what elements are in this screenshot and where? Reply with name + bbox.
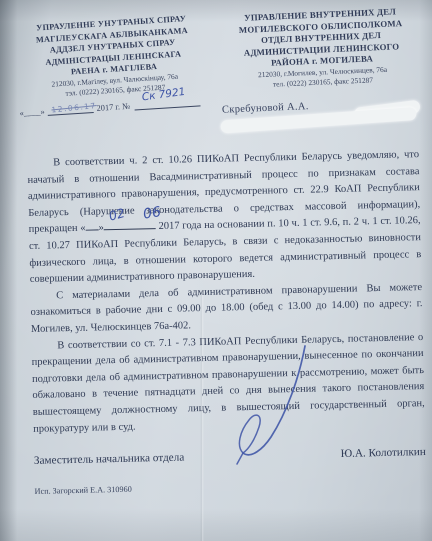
letterhead-left: УПРАУЛЕННЕ УНУТРАНЫХ СПРАУ МАГІЛЕУСКАГА … [12,12,215,118]
month-blank: 06 [104,221,156,230]
letterhead-right: УПРАВЛЕНИЕ ВНУТРЕННИХ ДЕЛ МОГИЛЕВСКОГО О… [214,5,430,115]
date-quote-blank: «____» [19,107,45,118]
signer-name: Ю.А. Колотилкин [340,444,426,463]
number-blank: Ск 7921 [134,97,200,110]
document-photo: УПРАУЛЕННЕ УНУТРАНЫХ СПРАУ МАГІЛЕУСКАГА … [0,0,432,541]
executor-line: Исп. Загорский Е.А. 310960 [34,475,426,500]
signer-position: Заместитель начальника отдела [34,450,185,470]
date-year-label: 2017 г. № [96,101,130,112]
date-blank: 12.06.17 [47,104,93,116]
signature-block: Заместитель начальника отдела Ю.А. Колот… [34,444,426,469]
paragraph-review-info: С материалами дела об административном п… [30,280,423,339]
handwritten-date-stamp: 12.06.17 [51,101,97,114]
letter-body: В соответствии ч. 2 ст. 10.26 ПИКоАП Рес… [27,147,427,500]
day-blank: 02 [85,223,98,231]
paragraph-appeal-info: В соответствии со ст. 7.1 - 7.3 ПИКоАП Р… [31,330,425,438]
paragraph-notification: В соответствии ч. 2 ст. 10.26 ПИКоАП Рес… [27,147,422,289]
